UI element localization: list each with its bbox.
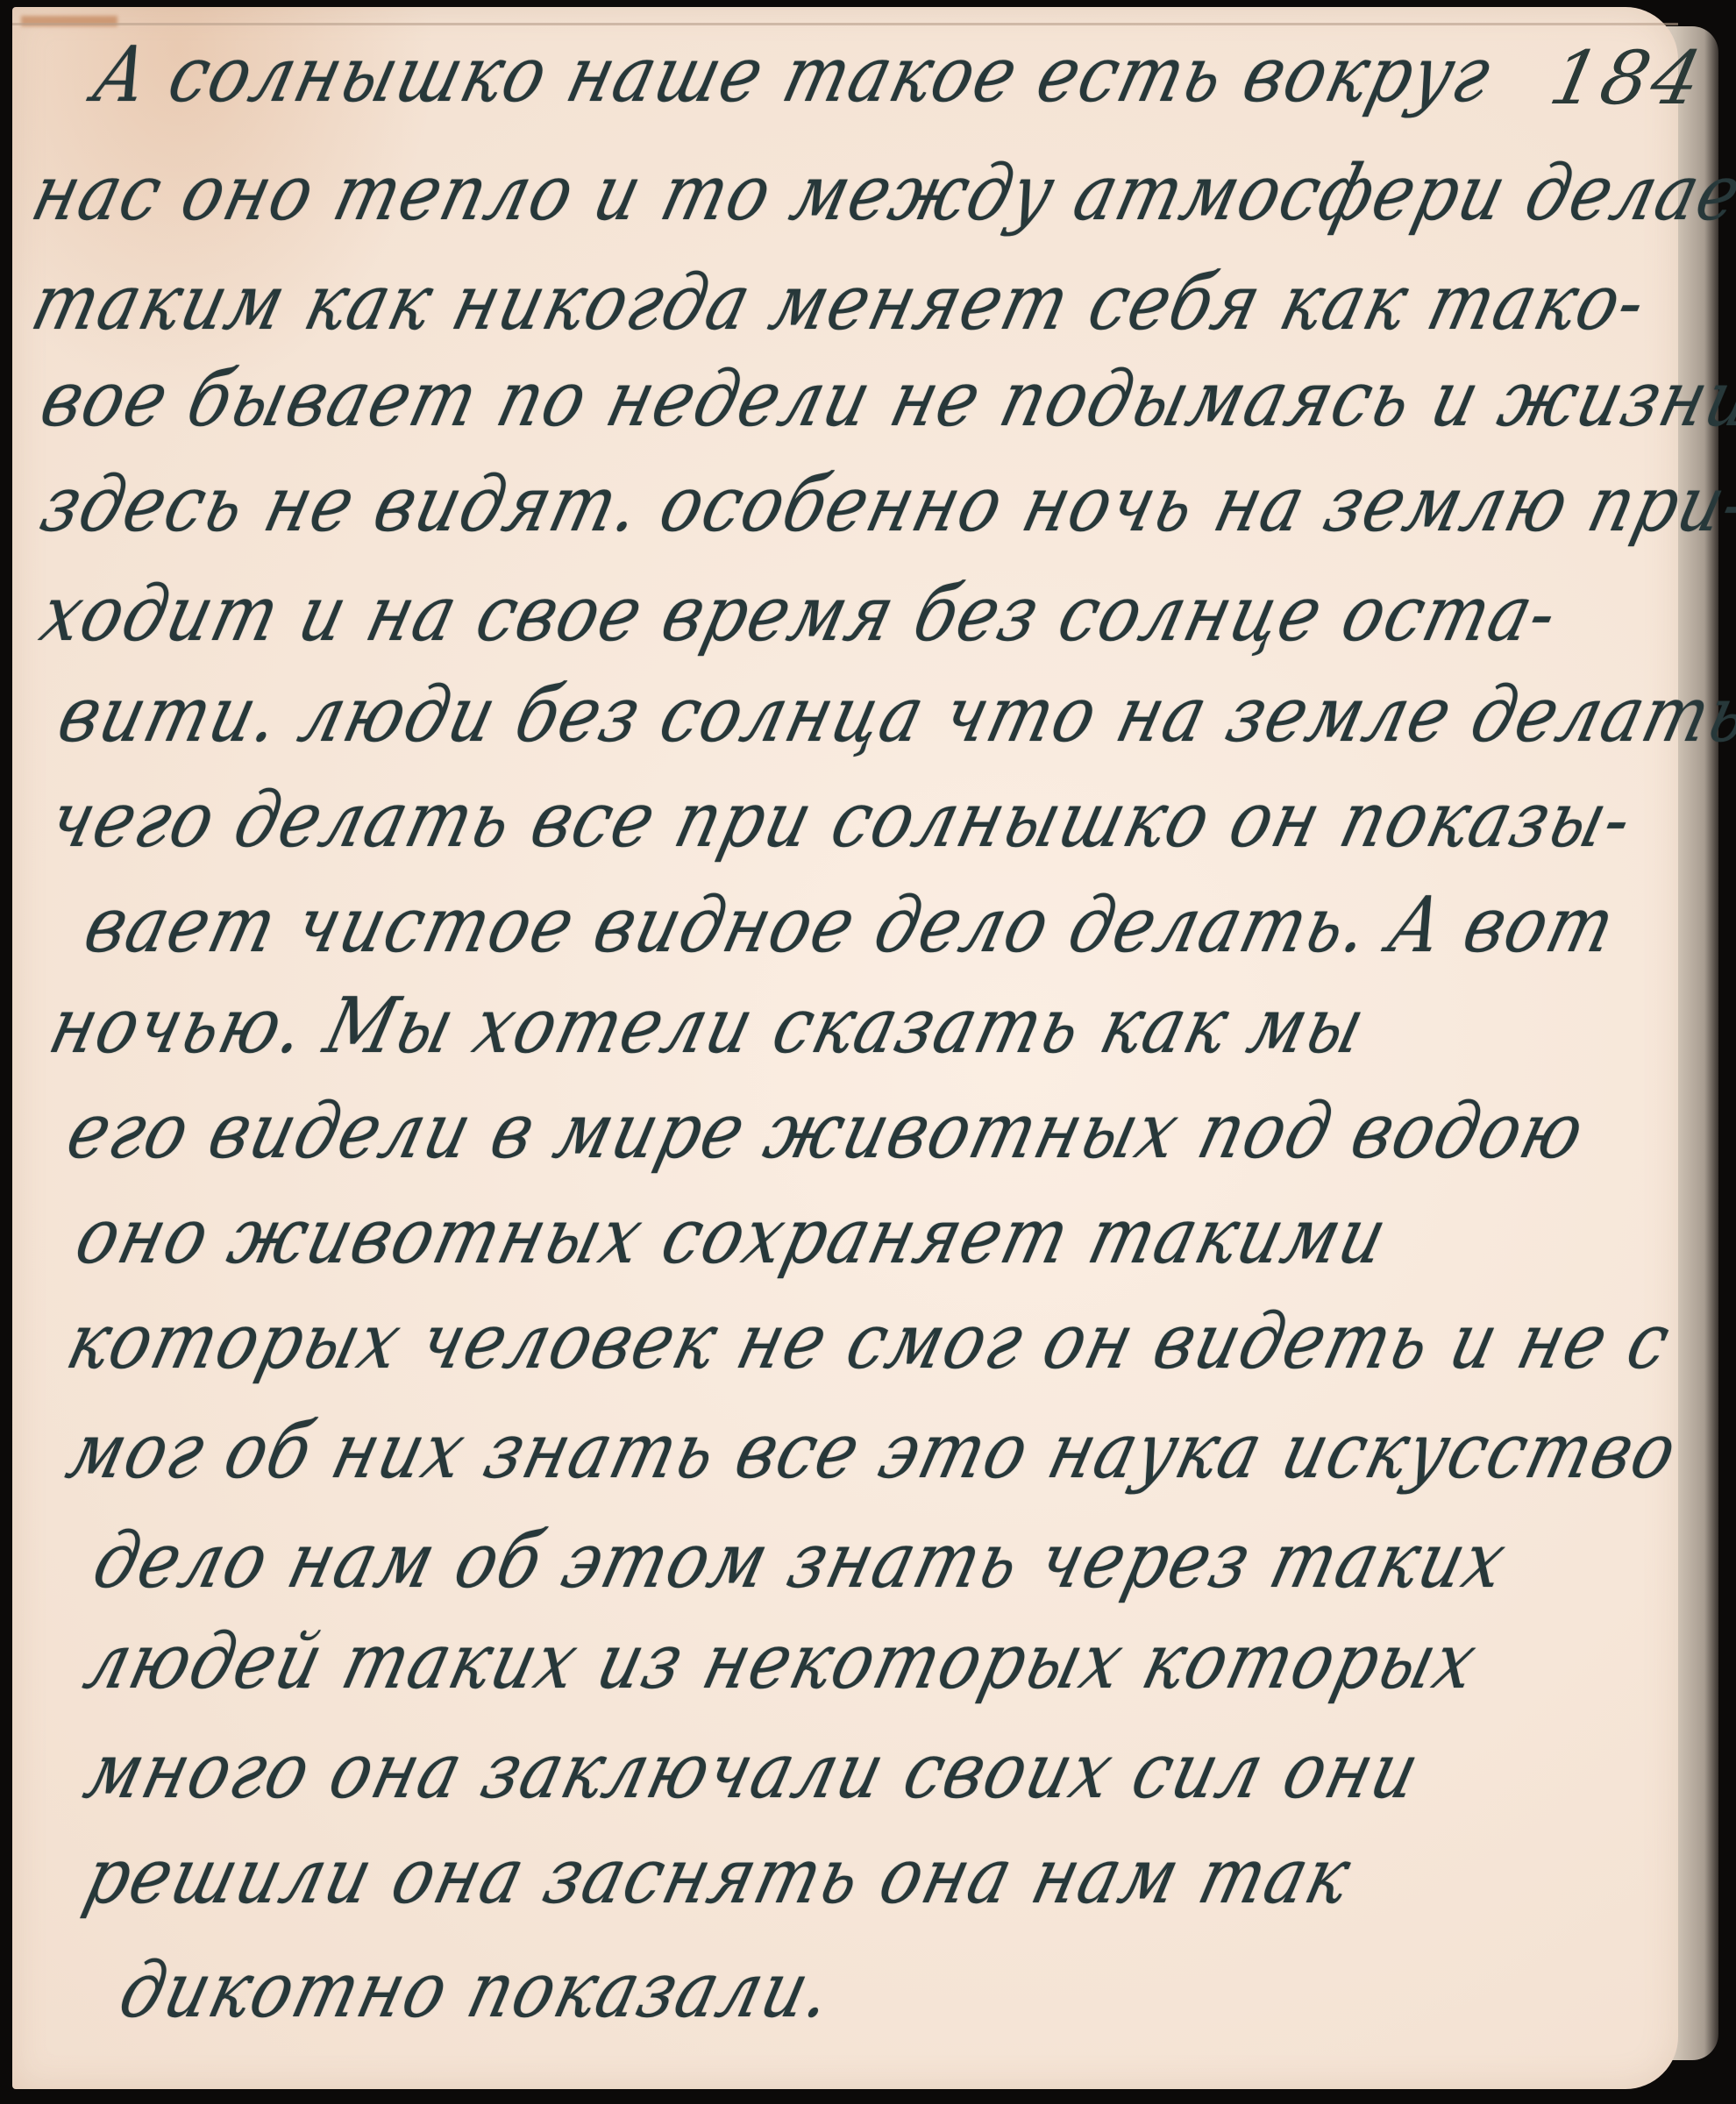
text-line-2: нас оно тепло и то между атмосфери делае… bbox=[24, 147, 1736, 237]
text-line-4: вое бывает по недели не подымаясь и жизн… bbox=[32, 353, 1736, 443]
text-line-13: которых человек не смог он видеть и не с bbox=[59, 1296, 1680, 1385]
handwritten-text: А солнышко наше такое есть вокруг нас он… bbox=[0, 0, 1736, 2104]
text-line-15: дело нам об этом знать через таких bbox=[85, 1515, 1516, 1604]
text-line-10: ночью. Мы хотели сказать как мы bbox=[41, 980, 1375, 1070]
text-line-18: решили она заснять она нам так bbox=[76, 1830, 1361, 1920]
text-line-19: дикотно показали. bbox=[111, 1944, 842, 2034]
text-line-6: ходит и на свое время без солнце оста- bbox=[32, 568, 1567, 657]
text-line-11: его видели в мире животных под водою bbox=[59, 1085, 1594, 1175]
text-line-7: вити. люди без солнца что на земле делат… bbox=[50, 669, 1736, 758]
text-line-5: здесь не видят. особенно ночь на землю п… bbox=[32, 458, 1736, 548]
text-line-9: вает чистое видное дело делать. А вот bbox=[76, 879, 1625, 969]
text-line-14: мог об них знать все это наука искусство bbox=[59, 1405, 1687, 1495]
text-line-8: чего делать все при солнышко он показы- bbox=[41, 774, 1642, 864]
text-line-12: оно животных сохраняет такими bbox=[68, 1191, 1397, 1280]
text-line-16: людей таких из некоторых которых bbox=[76, 1616, 1486, 1705]
text-line-1: А солнышко наше такое есть вокруг bbox=[85, 29, 1501, 118]
text-line-3: таким как никогда меняет себя как тако- bbox=[24, 257, 1655, 346]
scanned-page: 184 А солнышко наше такое есть вокруг на… bbox=[0, 0, 1736, 2104]
text-line-17: много она заключали своих сил они bbox=[76, 1725, 1429, 1815]
